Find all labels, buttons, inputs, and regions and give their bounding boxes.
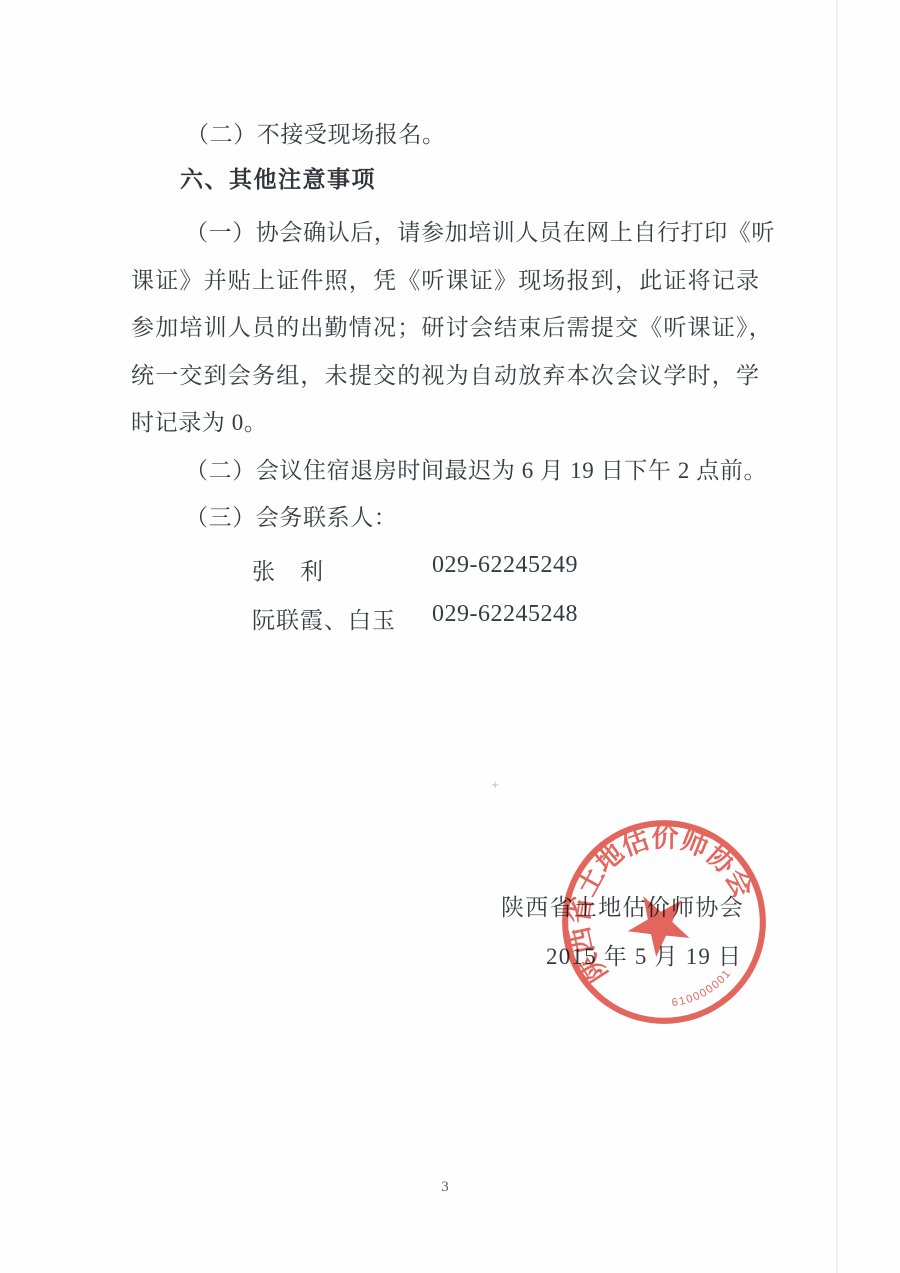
paragraph-listening-card-line-2: 课证》并贴上证件照，凭《听课证》现场报到，此证将记录: [131, 268, 760, 294]
contact-phone: 029-62245249: [432, 552, 578, 579]
contact-row: 阮联霞、白玉 029-62245248: [252, 602, 652, 632]
contact-name: 张 利: [252, 553, 324, 586]
paragraph-listening-card-line-3: 参加培训人员的出勤情况；研讨会结束后需提交《听课证》，: [131, 315, 773, 341]
official-red-seal: 陕西省土地估价师协会 61000000197: [518, 776, 810, 1068]
paragraph-contact-persons-label: （三）会务联系人：: [185, 505, 397, 531]
paragraph-listening-card-line-4: 统一交到会务组，未提交的视为自动放弃本次会议学时，学: [131, 363, 760, 389]
paragraph-listening-card-line-5: 时记录为 0。: [131, 410, 267, 436]
paragraph-no-onsite-registration: （二）不接受现场报名。: [186, 122, 446, 148]
seal-ring-text: 陕西省土地估价师协会: [526, 784, 761, 989]
page-number: 3: [425, 1179, 465, 1196]
scan-artifact-vertical-line: [836, 0, 838, 1273]
contact-row: 张 利 029-62245249: [252, 553, 652, 583]
section-heading-other-notes: 六、其他注意事项: [180, 167, 376, 193]
contact-phone: 029-62245248: [432, 601, 578, 628]
scan-artifact-speck: +: [491, 780, 499, 791]
seal-star-icon: [616, 881, 699, 963]
paragraph-listening-card-line-1: （一）协会确认后，请参加培训人员在网上自行打印《听: [185, 220, 775, 246]
paragraph-checkout-time: （二）会议住宿退房时间最迟为 6 月 19 日下午 2 点前。: [185, 458, 767, 484]
document-page: （二）不接受现场报名。 六、其他注意事项 （一）协会确认后，请参加培训人员在网上…: [0, 0, 900, 1273]
contact-name: 阮联霞、白玉: [252, 602, 396, 635]
